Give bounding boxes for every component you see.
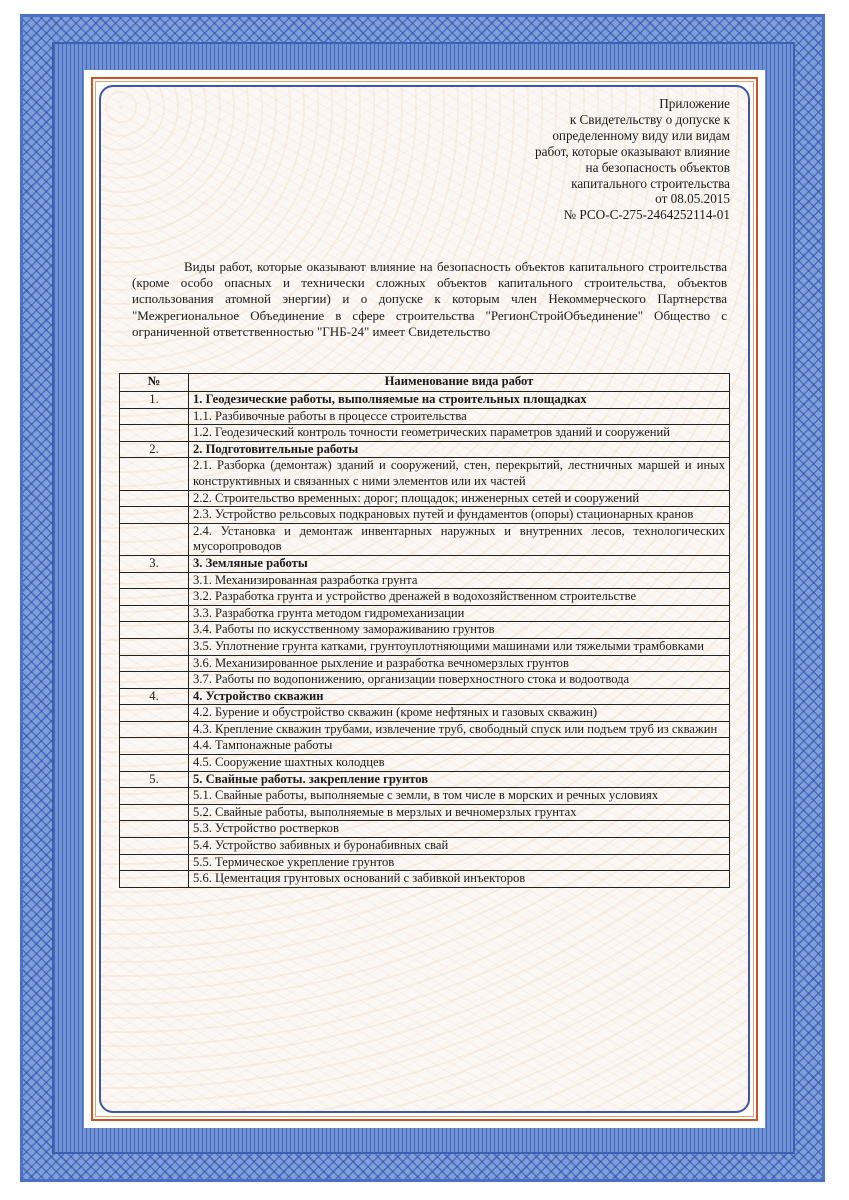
- table-row: 2.2. Строительство временных: дорог; пло…: [120, 490, 730, 507]
- row-number: [120, 425, 189, 442]
- row-number: 2.: [120, 441, 189, 458]
- table-row: 3.6. Механизированное рыхление и разрабо…: [120, 655, 730, 672]
- table-row: 2.1. Разборка (демонтаж) зданий и сооруж…: [120, 458, 730, 490]
- table-row: 3.2. Разработка грунта и устройство дрен…: [120, 589, 730, 606]
- appendix-line: к Свидетельству о допуске к: [535, 112, 730, 128]
- appendix-line: на безопасность объектов: [535, 160, 730, 176]
- work-type-name: 5.4. Устройство забивных и буронабивных …: [189, 838, 730, 855]
- row-number: [120, 788, 189, 805]
- table-row: 3.3. Разработка грунта методом гидромеха…: [120, 605, 730, 622]
- table-row: 3.1. Механизированная разработка грунта: [120, 572, 730, 589]
- work-type-name: 3.4. Работы по искусственному заморажива…: [189, 622, 730, 639]
- work-type-name: 1. Геодезические работы, выполняемые на …: [189, 392, 730, 409]
- appendix-line: определенному виду или видам: [535, 128, 730, 144]
- table-row: 1.1. Разбивочные работы в процессе строи…: [120, 408, 730, 425]
- row-number: [120, 721, 189, 738]
- work-type-name: 2.1. Разборка (демонтаж) зданий и сооруж…: [189, 458, 730, 490]
- row-number: [120, 821, 189, 838]
- work-type-name: 1.2. Геодезический контроль точности гео…: [189, 425, 730, 442]
- appendix-header: Приложение к Свидетельству о допуске к о…: [535, 96, 730, 223]
- work-type-name: 3.7. Работы по водопонижению, организаци…: [189, 672, 730, 689]
- table-row: 1.2. Геодезический контроль точности гео…: [120, 425, 730, 442]
- row-number: 3.: [120, 555, 189, 572]
- table-section-row: 4.4. Устройство скважин: [120, 688, 730, 705]
- row-number: [120, 838, 189, 855]
- work-type-name: 4.5. Сооружение шахтных колодцев: [189, 755, 730, 772]
- work-type-name: 2.4. Установка и демонтаж инвентарных на…: [189, 523, 730, 555]
- table-row: 5.1. Свайные работы, выполняемые с земли…: [120, 788, 730, 805]
- row-number: [120, 854, 189, 871]
- appendix-date: от 08.05.2015: [535, 191, 730, 207]
- work-type-name: 3.6. Механизированное рыхление и разрабо…: [189, 655, 730, 672]
- works-table-body: 1.1. Геодезические работы, выполняемые н…: [120, 392, 730, 888]
- column-header-number: №: [120, 374, 189, 392]
- table-section-row: 1.1. Геодезические работы, выполняемые н…: [120, 392, 730, 409]
- work-type-name: 2.3. Устройство рельсовых подкрановых пу…: [189, 507, 730, 524]
- table-row: 3.7. Работы по водопонижению, организаци…: [120, 672, 730, 689]
- work-type-name: 4.3. Крепление скважин трубами, извлечен…: [189, 721, 730, 738]
- row-number: [120, 755, 189, 772]
- row-number: [120, 523, 189, 555]
- row-number: 4.: [120, 688, 189, 705]
- table-row: 4.4. Тампонажные работы: [120, 738, 730, 755]
- row-number: [120, 490, 189, 507]
- table-section-row: 3.3. Земляные работы: [120, 555, 730, 572]
- work-type-name: 3.3. Разработка грунта методом гидромеха…: [189, 605, 730, 622]
- table-row: 5.4. Устройство забивных и буронабивных …: [120, 838, 730, 855]
- table-row: 5.6. Цементация грунтовых оснований с за…: [120, 871, 730, 888]
- works-table: № Наименование вида работ 1.1. Геодезиче…: [119, 373, 730, 888]
- row-number: [120, 672, 189, 689]
- row-number: [120, 589, 189, 606]
- work-type-name: 3.5. Уплотнение грунта катками, грунтоуп…: [189, 638, 730, 655]
- row-number: [120, 655, 189, 672]
- work-type-name: 2. Подготовительные работы: [189, 441, 730, 458]
- table-row: 5.5. Термическое укрепление грунтов: [120, 854, 730, 871]
- table-row: 3.4. Работы по искусственному заморажива…: [120, 622, 730, 639]
- work-type-name: 5.2. Свайные работы, выполняемые в мерзл…: [189, 804, 730, 821]
- row-number: [120, 871, 189, 888]
- table-section-row: 5.5. Свайные работы. закрепление грунтов: [120, 771, 730, 788]
- row-number: 1.: [120, 392, 189, 409]
- row-number: [120, 638, 189, 655]
- work-type-name: 3.2. Разработка грунта и устройство дрен…: [189, 589, 730, 606]
- work-type-name: 4.4. Тампонажные работы: [189, 738, 730, 755]
- row-number: [120, 605, 189, 622]
- appendix-line: капитального строительства: [535, 176, 730, 192]
- appendix-line: работ, которые оказывают влияние: [535, 144, 730, 160]
- row-number: [120, 572, 189, 589]
- row-number: [120, 804, 189, 821]
- work-type-name: 1.1. Разбивочные работы в процессе строи…: [189, 408, 730, 425]
- table-row: 4.3. Крепление скважин трубами, извлечен…: [120, 721, 730, 738]
- table-section-row: 2.2. Подготовительные работы: [120, 441, 730, 458]
- column-header-name: Наименование вида работ: [189, 374, 730, 392]
- table-row: 5.2. Свайные работы, выполняемые в мерзл…: [120, 804, 730, 821]
- work-type-name: 2.2. Строительство временных: дорог; пло…: [189, 490, 730, 507]
- table-row: 3.5. Уплотнение грунта катками, грунтоуп…: [120, 638, 730, 655]
- work-type-name: 5.5. Термическое укрепление грунтов: [189, 854, 730, 871]
- appendix-line: Приложение: [535, 96, 730, 112]
- row-number: [120, 622, 189, 639]
- row-number: [120, 458, 189, 490]
- document-content: Приложение к Свидетельству о допуске к о…: [0, 0, 849, 1200]
- table-row: 4.2. Бурение и обустройство скважин (кро…: [120, 705, 730, 722]
- work-type-name: 5.1. Свайные работы, выполняемые с земли…: [189, 788, 730, 805]
- row-number: 5.: [120, 771, 189, 788]
- table-row: 4.5. Сооружение шахтных колодцев: [120, 755, 730, 772]
- table-row: 2.3. Устройство рельсовых подкрановых пу…: [120, 507, 730, 524]
- work-type-name: 4. Устройство скважин: [189, 688, 730, 705]
- work-type-name: 3.1. Механизированная разработка грунта: [189, 572, 730, 589]
- table-header-row: № Наименование вида работ: [120, 374, 730, 392]
- row-number: [120, 705, 189, 722]
- row-number: [120, 408, 189, 425]
- row-number: [120, 507, 189, 524]
- certificate-number: № РСО-С-275-2464252114-01: [535, 207, 730, 223]
- table-row: 5.3. Устройство ростверков: [120, 821, 730, 838]
- work-type-name: 4.2. Бурение и обустройство скважин (кро…: [189, 705, 730, 722]
- work-type-name: 3. Земляные работы: [189, 555, 730, 572]
- table-row: 2.4. Установка и демонтаж инвентарных на…: [120, 523, 730, 555]
- intro-paragraph: Виды работ, которые оказывают влияние на…: [132, 259, 727, 340]
- row-number: [120, 738, 189, 755]
- work-type-name: 5.3. Устройство ростверков: [189, 821, 730, 838]
- work-type-name: 5. Свайные работы. закрепление грунтов: [189, 771, 730, 788]
- work-type-name: 5.6. Цементация грунтовых оснований с за…: [189, 871, 730, 888]
